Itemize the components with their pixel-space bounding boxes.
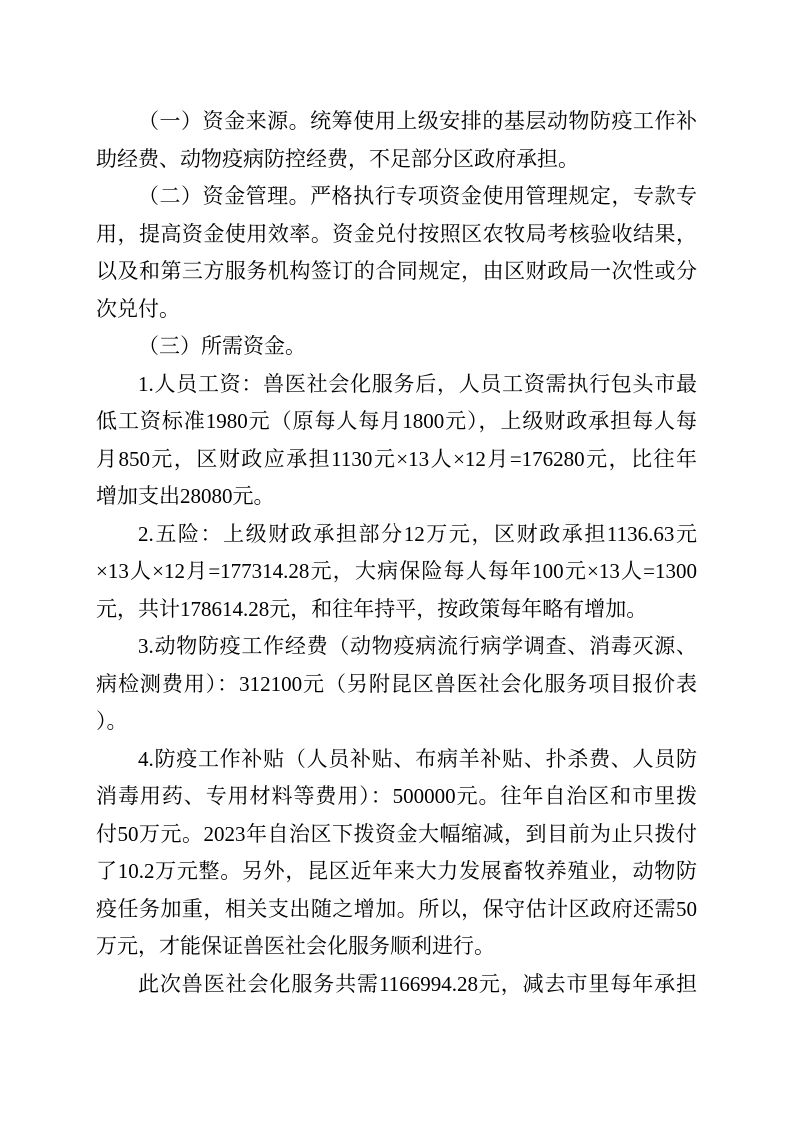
text-line: （二）资金管理。严格执行专项资金使用管理规定，专款专: [96, 178, 697, 216]
text-line: 病检测费用）：312100元（另附昆区兽医社会化服务项目报价表: [96, 666, 697, 704]
text-line: 月850元，区财政应承担1130元×13人×12月=176280元，比往年: [96, 441, 697, 479]
text-line: 4.防疫工作补贴（人员补贴、布病羊补贴、扑杀费、人员防护、: [96, 741, 697, 779]
text-line: 次兑付。: [96, 291, 697, 329]
paragraph: 1.人员工资：兽医社会化服务后，人员工资需执行包头市最低工资标准1980元（原每…: [96, 366, 697, 516]
text-line: 消毒用药、专用材料等费用）：500000元。往年自治区和市里拨: [96, 778, 697, 816]
text-line: ）。: [96, 703, 697, 741]
text-line: （一）资金来源。统筹使用上级安排的基层动物防疫工作补: [96, 103, 697, 141]
paragraph: （二）资金管理。严格执行专项资金使用管理规定，专款专用，提高资金使用效率。资金兑…: [96, 178, 697, 328]
paragraph: （一）资金来源。统筹使用上级安排的基层动物防疫工作补助经费、动物疫病防控经费，不…: [96, 103, 697, 178]
text-line: ×13人×12月=177314.28元，大病保险每人每年100元×13人=130…: [96, 553, 697, 591]
text-line: （三）所需资金。: [96, 328, 697, 366]
paragraph: 4.防疫工作补贴（人员补贴、布病羊补贴、扑杀费、人员防护、消毒用药、专用材料等费…: [96, 741, 697, 966]
text-line: 此次兽医社会化服务共需1166994.28元，减去市里每年承担: [96, 966, 697, 1004]
text-line: 元，共计178614.28元，和往年持平，按政策每年略有增加。: [96, 591, 697, 629]
text-line: 增加支出28080元。: [96, 478, 697, 516]
text-line: 用，提高资金使用效率。资金兑付按照区农牧局考核验收结果，: [96, 216, 697, 254]
text-line: 2.五险：上级财政承担部分12万元，区财政承担1136.63元: [96, 516, 697, 554]
text-line: 3.动物防疫工作经费（动物疫病流行病学调查、消毒灭源、疫: [96, 628, 697, 666]
paragraph: 此次兽医社会化服务共需1166994.28元，减去市里每年承担: [96, 966, 697, 1004]
text-line: 低工资标准1980元（原每人每月1800元），上级财政承担每人每: [96, 403, 697, 441]
text-line: 了10.2万元整。另外，昆区近年来大力发展畜牧养殖业，动物防: [96, 853, 697, 891]
paragraph: 3.动物防疫工作经费（动物疫病流行病学调查、消毒灭源、疫病检测费用）：31210…: [96, 628, 697, 741]
document-page: （一）资金来源。统筹使用上级安排的基层动物防疫工作补助经费、动物疫病防控经费，不…: [0, 0, 793, 1122]
paragraph: 2.五险：上级财政承担部分12万元，区财政承担1136.63元×13人×12月=…: [96, 516, 697, 629]
paragraph: （三）所需资金。: [96, 328, 697, 366]
document-body: （一）资金来源。统筹使用上级安排的基层动物防疫工作补助经费、动物疫病防控经费，不…: [96, 103, 697, 1003]
text-line: 付50万元。2023年自治区下拨资金大幅缩减，到目前为止只拨付: [96, 816, 697, 854]
text-line: 助经费、动物疫病防控经费，不足部分区政府承担。: [96, 141, 697, 179]
text-line: 以及和第三方服务机构签订的合同规定，由区财政局一次性或分: [96, 253, 697, 291]
text-line: 疫任务加重，相关支出随之增加。所以，保守估计区政府还需50: [96, 891, 697, 929]
text-line: 1.人员工资：兽医社会化服务后，人员工资需执行包头市最: [96, 366, 697, 404]
text-line: 万元，才能保证兽医社会化服务顺利进行。: [96, 928, 697, 966]
